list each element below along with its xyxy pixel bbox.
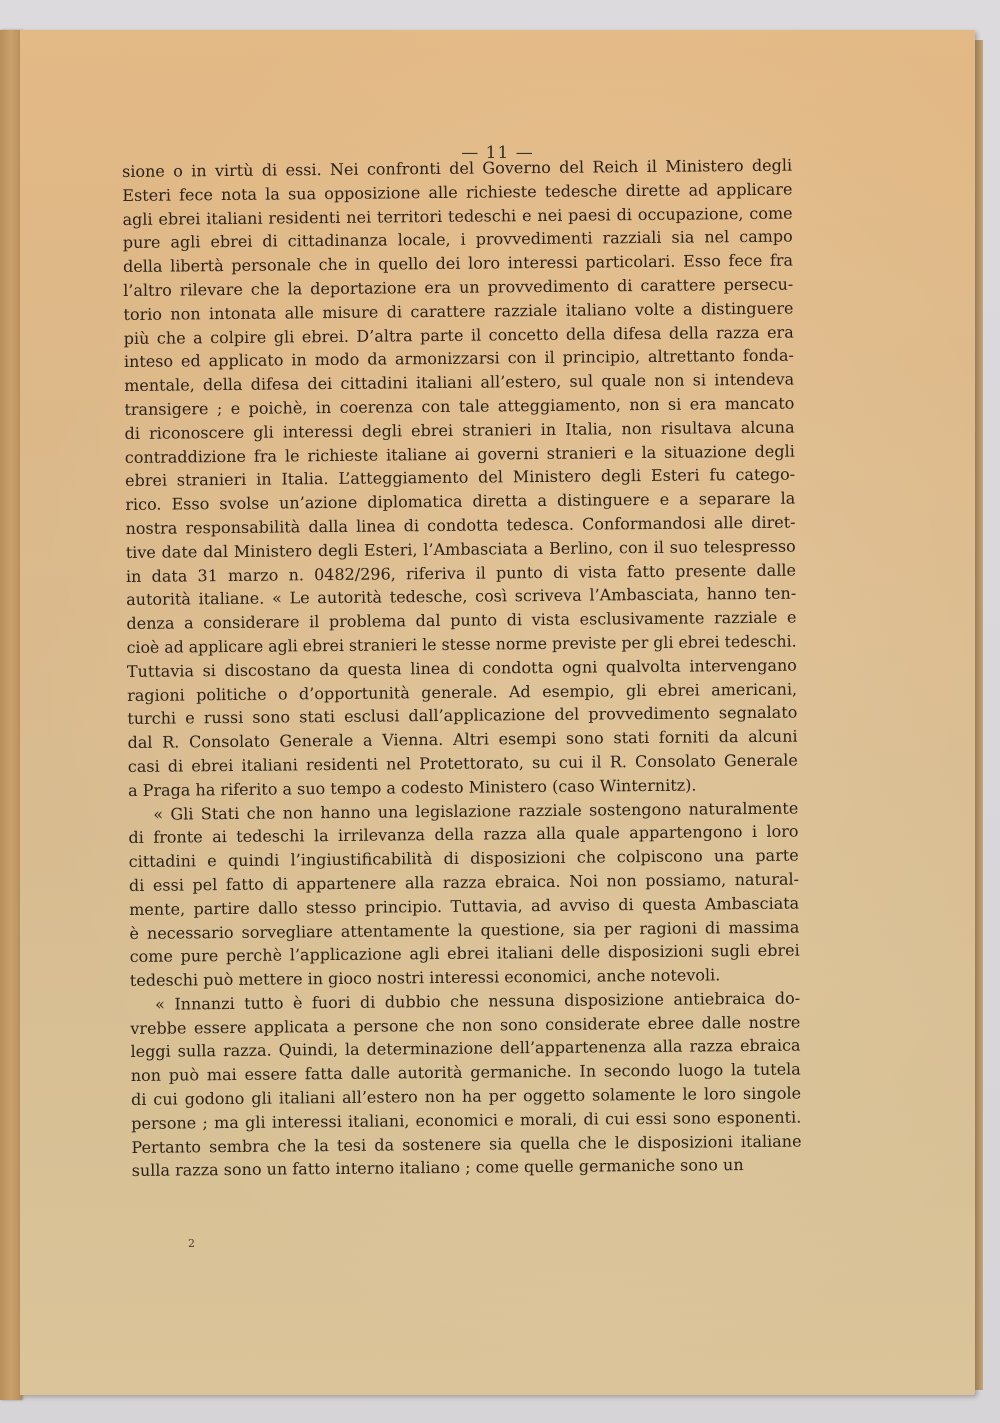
paragraph-3: « Innanzi tutto è fuori di dubbio che ne…	[130, 986, 802, 1183]
book-spine-edge	[0, 30, 22, 1400]
signature-mark: 2	[188, 1237, 195, 1250]
paragraph-1: sione o in virtù di essi. Nei confronti …	[122, 154, 798, 803]
paragraph-2: « Gli Stati che non hanno una legislazio…	[128, 796, 800, 993]
page-right-edge	[975, 40, 983, 1390]
body-text: sione o in virtù di essi. Nei confronti …	[122, 154, 802, 1184]
photo-background: — 11 — 2 sione o in virtù di essi. Nei c…	[0, 0, 1000, 1423]
